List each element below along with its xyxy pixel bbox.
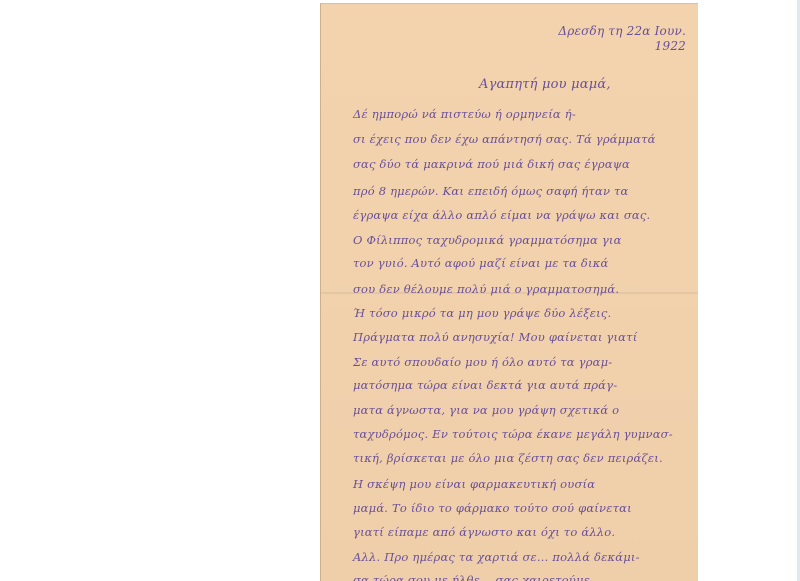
letter-line: Δέ ημπορώ νά πιστεύω ή ορμηνεία ή- [353, 107, 576, 121]
date-line: Δρεσδη τη 22α Ιουν. [558, 24, 686, 38]
letter-date: Δρεσδη τη 22α Ιουν. 1922 [558, 24, 686, 54]
letter-line: γιατί είπαμε από άγνωστο και όχι το άλλο… [353, 525, 615, 539]
letter-line: τον γυιό. Αυτό αφού μαζί είναι με τα δικ… [353, 256, 608, 270]
letter-line: σου δεν θέλουμε πολύ μιά ο γραμματοσημά. [353, 282, 619, 296]
letter-line: Ή τόσο μικρό τα μη μου γράψε δύο λέξεις. [353, 306, 611, 320]
scanned-page: Δρεσδη τη 22α Ιουν. 1922 Αγαπητή μου μαμ… [0, 0, 800, 581]
letter-line: σα τώρα σου με ήλθε... σας χαιρετούμε. [353, 573, 594, 581]
date-year: 1922 [558, 39, 686, 54]
letter-line: ματόσημα τώρα είναι δεκτά για αυτά πράγ- [353, 378, 617, 392]
letter-line: μαμά. Το ίδιο το φάρμακο τούτο σού φαίνε… [353, 501, 632, 515]
letter-line: ταχυδρόμος. Εν τούτοις τώρα έκανε μεγάλη… [353, 427, 673, 441]
letter-line: έγραψα είχα άλλο απλό είμαι να γράψω και… [353, 208, 650, 222]
letter-line: πρό 8 ημερών. Και επειδή όμως σαφή ήταν … [353, 184, 629, 198]
letter-line: σας δύο τά μακρινά πού μιά δική σας έγρα… [353, 157, 630, 171]
letter-line: Αλλ. Προ ημέρας τα χαρτιά σε... πολλά δε… [353, 550, 640, 564]
letter-line: τική, βρίσκεται με όλο μια ζέστη σας δεν… [353, 451, 663, 465]
letter-paper: Δρεσδη τη 22α Ιουν. 1922 Αγαπητή μου μαμ… [320, 3, 698, 581]
letter-line: Η σκέψη μου είναι φαρμακευτική ουσία [353, 477, 595, 491]
letter-line: σι έχεις που δεν έχω απάντησή σας. Τά γρ… [353, 132, 656, 146]
letter-line: Σε αυτό σπουδαίο μου ή όλο αυτό τα γραμ- [353, 355, 612, 369]
letter-salutation: Αγαπητή μου μαμά, [479, 77, 611, 92]
letter-line: Ο Φίλιππος ταχυδρομικά γραμματόσημα για [353, 233, 622, 247]
letter-line: Πράγματα πολύ ανησυχία! Μου φαίνεται για… [353, 330, 637, 344]
letter-line: ματα άγνωστα, για να μου γράψη σχετικά ο [353, 403, 619, 417]
